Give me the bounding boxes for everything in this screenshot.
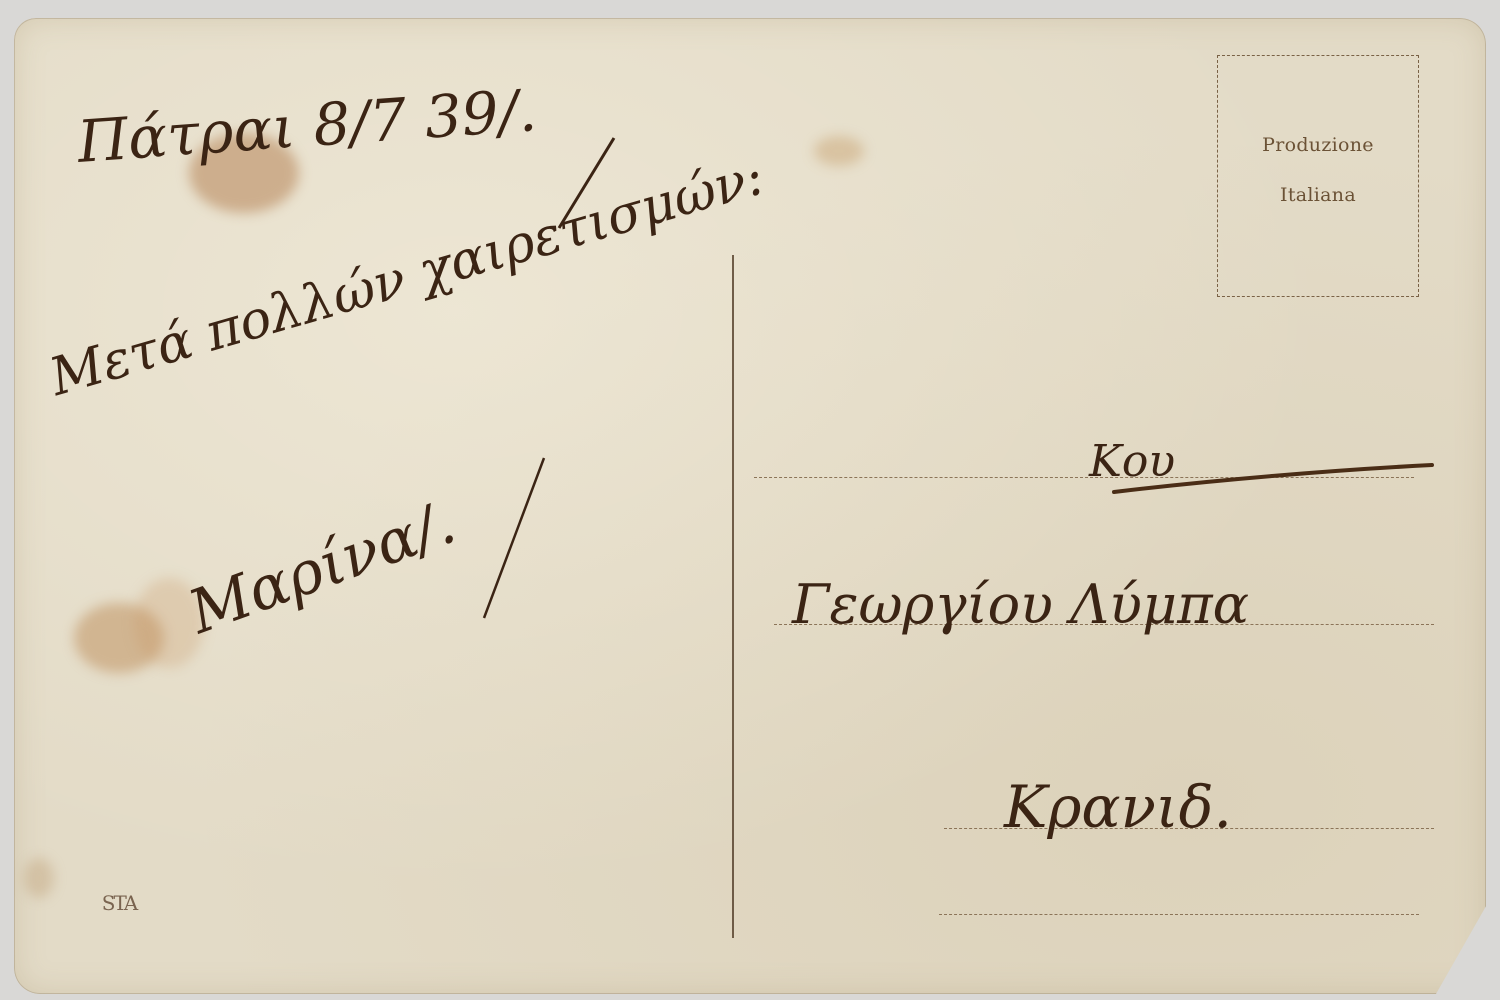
ink-strokes: [14, 18, 1486, 994]
postcard: Produzione Italiana STA Πάτραι 8/7 39/. …: [14, 18, 1486, 994]
